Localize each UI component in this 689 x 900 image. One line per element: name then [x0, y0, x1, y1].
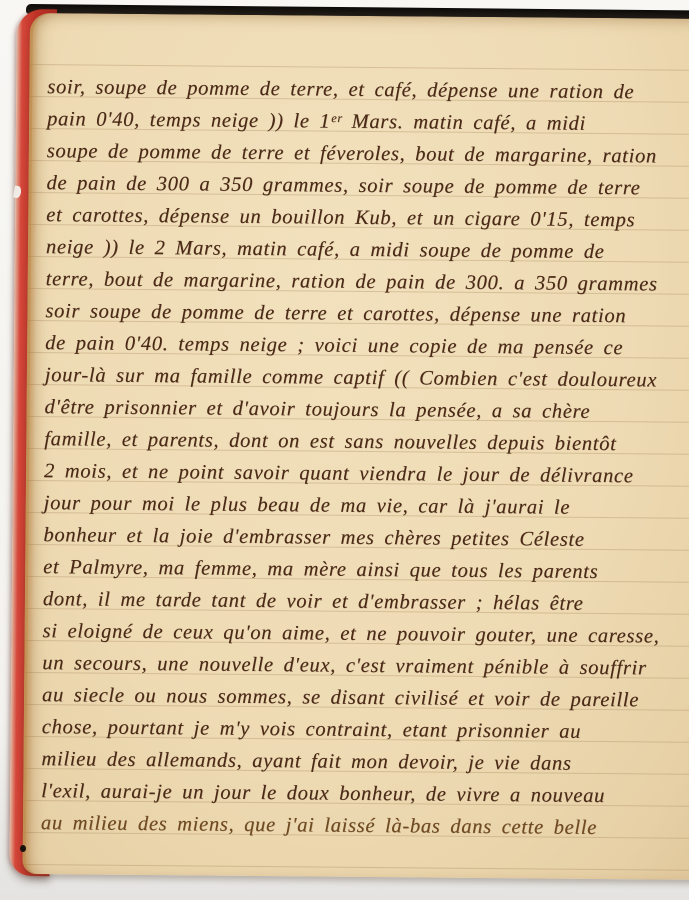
- manuscript-line: au milieu des miens, que j'ai laissé là-…: [41, 807, 689, 845]
- notebook-page: soir, soupe de pomme de terre, et café, …: [22, 13, 689, 880]
- ink-speck: [20, 845, 26, 852]
- manuscript-text: soir, soupe de pomme de terre, et café, …: [41, 71, 689, 845]
- scan-background: soir, soupe de pomme de terre, et café, …: [0, 0, 689, 900]
